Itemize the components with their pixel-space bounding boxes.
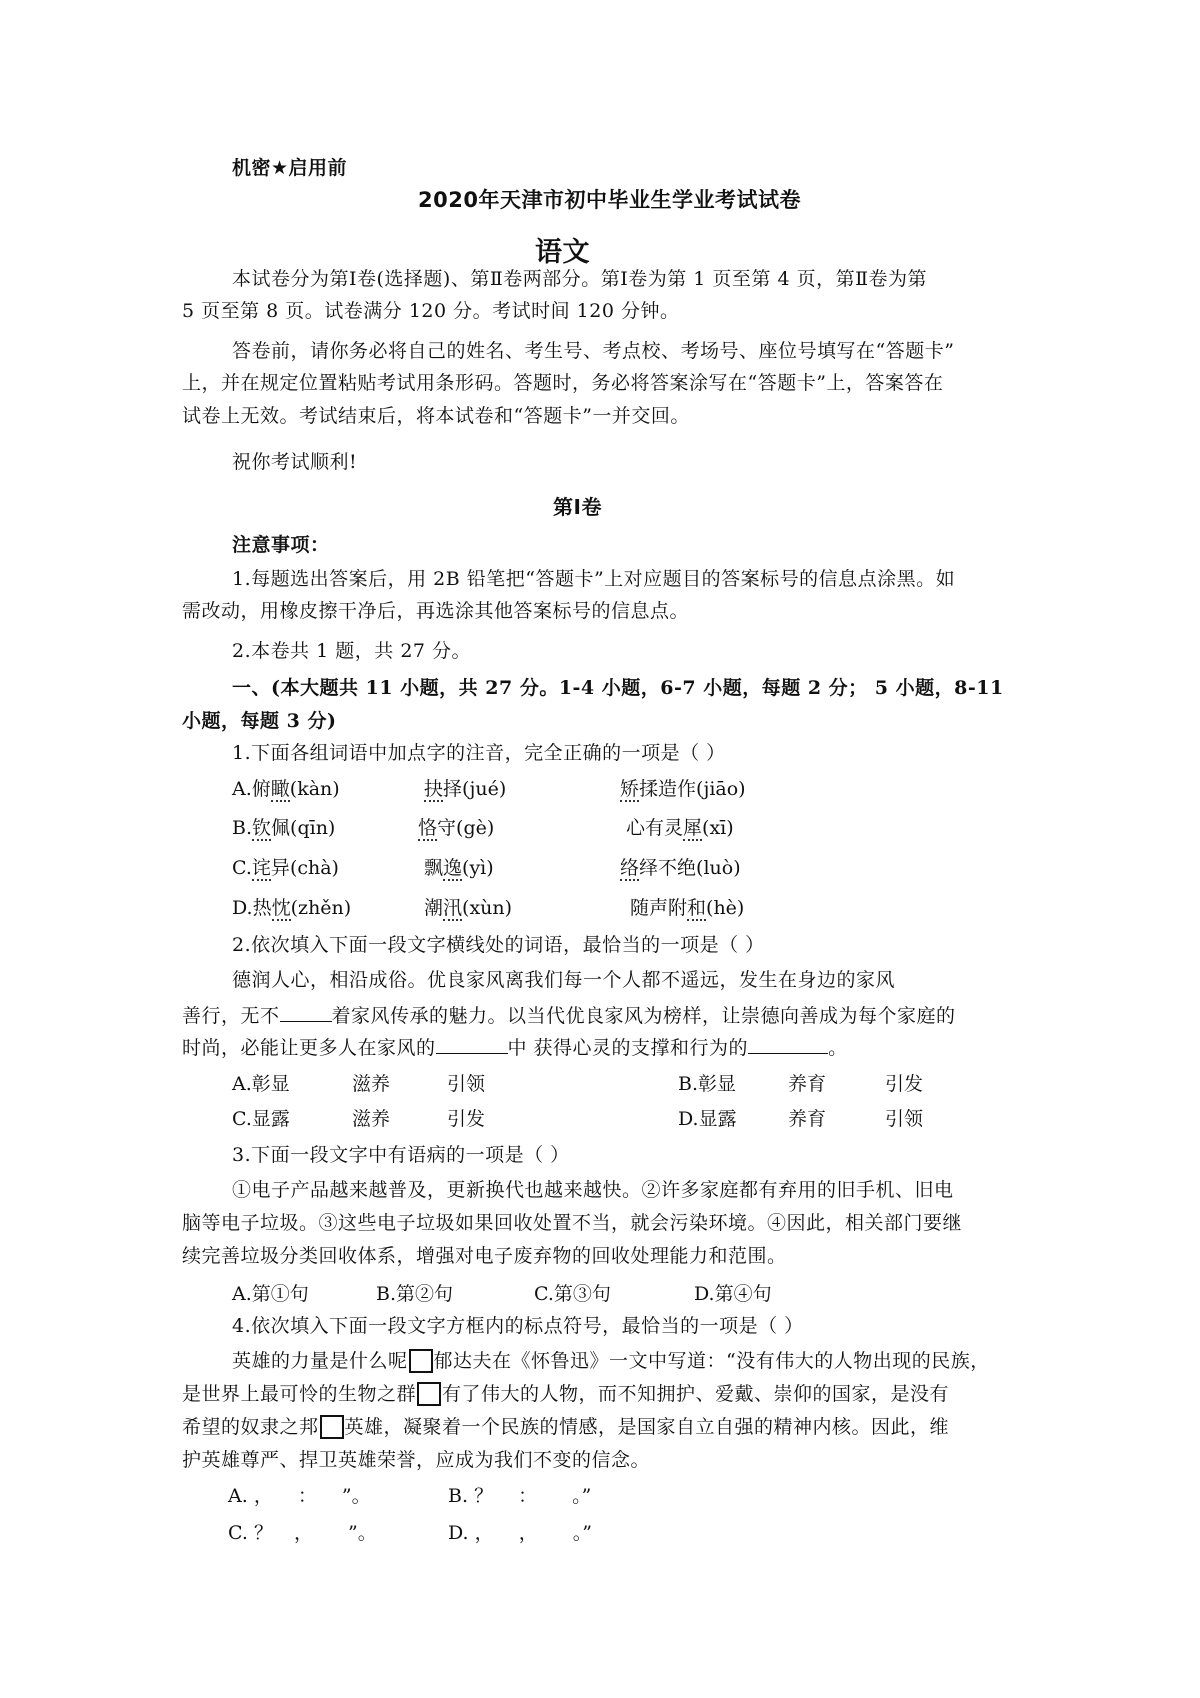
part-heading-line-1: 一、(本大题共 11 小题，共 27 分。1-4 小题，6-7 小题，每题 2 … — [232, 675, 1004, 701]
punctuation-box-2 — [417, 1382, 441, 1406]
q1-option-b-word-3: 心有灵犀(xī) — [626, 815, 734, 841]
option-label: C. — [232, 1108, 252, 1130]
intro-paragraph-2-line-1: 答卷前，请你务必将自己的姓名、考生号、考点校、考场号、座位号填写在“答题卡” — [232, 338, 954, 364]
pinyin: (gè) — [456, 817, 494, 839]
intro-paragraph-2-line-2: 上，并在规定位置粘贴考试用条形码。答题时，务必将答案涂写在“答题卡”上，答案答在 — [182, 370, 943, 396]
dotted-char: 和 — [687, 897, 706, 921]
dotted-char: 钦 — [252, 817, 271, 841]
mark-2: ： — [298, 1483, 336, 1509]
q4-passage-line-4: 护英雄尊严、捍卫英雄荣誉，应成为我们不变的信念。 — [182, 1447, 650, 1473]
text: 希望的奴隶之邦 — [182, 1416, 319, 1438]
word-part: 热 — [253, 897, 272, 919]
pinyin: (xùn) — [462, 897, 512, 919]
mark-1: ， — [475, 1520, 513, 1546]
q2-passage-line-1: 德润人心，相沿成俗。优良家风离我们每一个人都不遥远，发生在身边的家风 — [232, 967, 895, 993]
option-label: B. — [232, 817, 252, 839]
mark-1: ？ — [474, 1483, 512, 1509]
word-part: 随声附 — [630, 897, 687, 919]
word-part: 潮 — [424, 897, 443, 919]
text: 着家风传承的魅力。以当代优良家风为榜样，让崇德向善成为每个家庭的 — [332, 1005, 956, 1027]
question-4-stem: 4.依次填入下面一段文字方框内的标点符号，最恰当的一项是（ ） — [232, 1313, 804, 1339]
notice-1-line-2: 需改动，用橡皮擦干净后，再选涂其他答案标号的信息点。 — [182, 598, 689, 624]
q2-option-d-word-2: 养育 — [788, 1106, 826, 1132]
exam-page: 机密★启用前 2020年天津市初中毕业生学业考试试卷 语文 本试卷分为第Ⅰ卷(选… — [0, 0, 1200, 1698]
text: 中 获得心灵的支撑和行为的 — [508, 1037, 749, 1059]
mark-3: ”。 — [342, 1485, 371, 1507]
mark-2: ， — [294, 1520, 342, 1546]
dotted-char: 瞰 — [271, 778, 290, 802]
q2-option-d: D.显露 — [678, 1106, 737, 1132]
dotted-char: 诧 — [252, 857, 271, 881]
section-title: 第Ⅰ卷 — [553, 494, 602, 520]
exam-title: 2020年天津市初中毕业生学业考试试卷 — [418, 187, 801, 213]
option-label: C. — [228, 1522, 248, 1544]
q1-option-a-word-2: 抉择(jué) — [424, 776, 506, 802]
punctuation-box-1 — [409, 1349, 433, 1373]
fill-blank-3 — [748, 1035, 828, 1054]
text: 郁达夫在《怀鲁迅》一文中写道：“没有伟大的人物出现的民族， — [434, 1350, 990, 1372]
q3-passage-line-3: 续完善垃圾分类回收体系，增强对电子废弃物的回收处理能力和范围。 — [182, 1243, 787, 1269]
dotted-char: 抉 — [424, 778, 443, 802]
q1-option-d: D.热忱(zhěn) — [232, 895, 351, 921]
q2-option-c: C.显露 — [232, 1106, 290, 1132]
mark-3: 。” — [572, 1485, 591, 1507]
mark-2: ， — [519, 1520, 567, 1546]
mark-1: ？ — [254, 1520, 288, 1546]
option-label: D. — [448, 1522, 469, 1544]
q1-option-d-word-2: 潮汛(xùn) — [424, 895, 512, 921]
q1-option-d-word-3: 随声附和(hè) — [630, 895, 744, 921]
q1-option-c-word-2: 飘逸(yì) — [424, 855, 494, 881]
text: 时尚，必能让更多人在家风的 — [182, 1037, 436, 1059]
dotted-char: 矫 — [620, 778, 639, 802]
q1-option-a: A.俯瞰(kàn) — [232, 776, 340, 802]
pinyin: (chà) — [290, 857, 339, 879]
word-part: 飘 — [424, 857, 443, 879]
notice-2: 2.本卷共 1 题，共 27 分。 — [232, 638, 471, 664]
dotted-char: 汛 — [443, 897, 462, 921]
text: 是世界上最可怜的生物之群 — [182, 1383, 416, 1405]
word-part: 佩 — [271, 817, 290, 839]
dotted-char: 络 — [620, 857, 639, 881]
option-label: B. — [448, 1485, 468, 1507]
notice-title: 注意事项： — [232, 532, 330, 558]
q3-option-b: B.第②句 — [376, 1281, 453, 1307]
option-label: C. — [232, 857, 252, 879]
q4-option-c: C. ？ ， ”。 — [228, 1520, 377, 1546]
intro-paragraph-2-line-3: 试卷上无效。考试结束后，将本试卷和“答题卡”一并交回。 — [182, 403, 690, 429]
word: 显露 — [252, 1108, 290, 1130]
q1-option-c-word-3: 络绎不绝(luò) — [620, 855, 741, 881]
q1-option-b-word-2: 恪守(gè) — [418, 815, 494, 841]
q2-option-b-word-3: 引发 — [885, 1071, 923, 1097]
word-part: 绎不绝 — [639, 857, 696, 879]
option-label: D. — [678, 1108, 699, 1130]
option-label: B. — [678, 1073, 698, 1095]
q4-option-b: B. ？ ： 。” — [448, 1483, 591, 1509]
word-part: 守 — [437, 817, 456, 839]
pinyin: (hè) — [706, 897, 744, 919]
mark-1: ， — [254, 1483, 292, 1509]
pinyin: (qīn) — [290, 817, 335, 839]
q2-option-d-word-3: 引领 — [885, 1106, 923, 1132]
q2-passage-line-2: 善行，无不着家风传承的魅力。以当代优良家风为榜样，让崇德向善成为每个家庭的 — [182, 1003, 956, 1029]
pinyin: (jiāo) — [696, 778, 746, 800]
q3-option-d: D.第④句 — [694, 1281, 772, 1307]
q2-option-a-word-3: 引领 — [447, 1071, 485, 1097]
word: 显露 — [699, 1108, 737, 1130]
pinyin: (xī) — [702, 817, 734, 839]
pinyin: (zhěn) — [291, 897, 352, 919]
q2-option-a: A.彰显 — [232, 1071, 290, 1097]
mark-3: 。” — [573, 1522, 592, 1544]
q3-passage-line-2: 脑等电子垃圾。③这些电子垃圾如果回收处置不当，就会污染环境。④因此，相关部门要继 — [182, 1210, 962, 1236]
word: 彰显 — [698, 1073, 736, 1095]
question-2-stem: 2.依次填入下面一段文字横线处的词语，最恰当的一项是（ ） — [232, 932, 765, 958]
subject-title: 语文 — [535, 236, 590, 270]
question-3-stem: 3.下面一段文字中有语病的一项是（ ） — [232, 1142, 570, 1168]
punctuation-box-3 — [320, 1415, 344, 1439]
q4-passage-line-1: 英雄的力量是什么呢郁达夫在《怀鲁迅》一文中写道：“没有伟大的人物出现的民族， — [232, 1348, 990, 1374]
word-part: 心有灵 — [626, 817, 683, 839]
q4-option-a: A. ， ： ”。 — [228, 1483, 371, 1509]
q2-option-c-word-3: 引发 — [447, 1106, 485, 1132]
intro-paragraph-1-line-1: 本试卷分为第Ⅰ卷(选择题)、第Ⅱ卷两部分。第Ⅰ卷为第 1 页至第 4 页，第Ⅱ卷… — [232, 266, 927, 292]
q3-option-c: C.第③句 — [534, 1281, 611, 1307]
pinyin: (jué) — [462, 778, 506, 800]
q2-option-c-word-2: 滋养 — [352, 1106, 390, 1132]
word-part: 异 — [271, 857, 290, 879]
dotted-char: 恪 — [418, 817, 437, 841]
word: 彰显 — [252, 1073, 290, 1095]
option-label: A. — [228, 1485, 248, 1507]
q4-passage-line-3: 希望的奴隶之邦英雄，凝聚着一个民族的情感，是国家自立自强的精神内核。因此，维 — [182, 1414, 949, 1440]
q2-option-b: B.彰显 — [678, 1071, 736, 1097]
text: 有了伟大的人物，而不知拥护、爱戴、崇仰的国家，是没有 — [442, 1383, 949, 1405]
q2-passage-line-3: 时尚，必能让更多人在家风的中 获得心灵的支撑和行为的。 — [182, 1035, 848, 1061]
q1-option-a-word-3: 矫揉造作(jiāo) — [620, 776, 746, 802]
part-heading-line-2: 小题，每题 3 分) — [182, 708, 336, 734]
fill-blank-2 — [436, 1035, 508, 1054]
q4-passage-line-2: 是世界上最可怜的生物之群有了伟大的人物，而不知拥护、爱戴、崇仰的国家，是没有 — [182, 1381, 949, 1407]
option-label: A. — [232, 778, 252, 800]
good-luck-text: 祝你考试顺利! — [232, 449, 357, 475]
dotted-char: 逸 — [443, 857, 462, 881]
pinyin: (luò) — [696, 857, 741, 879]
dotted-char: 犀 — [683, 817, 702, 841]
pinyin: (kàn) — [290, 778, 340, 800]
text: 英雄的力量是什么呢 — [232, 1350, 408, 1372]
q4-option-d: D. ， ， 。” — [448, 1520, 592, 1546]
text: 善行，无不 — [182, 1005, 280, 1027]
question-1-stem: 1.下面各组词语中加点字的注音，完全正确的一项是（ ） — [232, 740, 726, 766]
q1-option-b: B.钦佩(qīn) — [232, 815, 335, 841]
word-part: 俯 — [252, 778, 271, 800]
text: 。 — [828, 1037, 848, 1059]
text: 英雄，凝聚着一个民族的情感，是国家自立自强的精神内核。因此，维 — [345, 1416, 950, 1438]
q3-option-a: A.第①句 — [232, 1281, 309, 1307]
word-part: 择 — [443, 778, 462, 800]
notice-1-line-1: 1.每题选出答案后，用 2B 铅笔把“答题卡”上对应题目的答案标号的信息点涂黑。… — [232, 566, 955, 592]
dotted-char: 忱 — [272, 897, 291, 921]
option-label: A. — [232, 1073, 252, 1095]
fill-blank-1 — [280, 1003, 332, 1022]
mark-3: ”。 — [348, 1522, 377, 1544]
q2-option-a-word-2: 滋养 — [352, 1071, 390, 1097]
option-label: D. — [232, 897, 253, 919]
word-part: 揉造作 — [639, 778, 696, 800]
q3-passage-line-1: ①电子产品越来越普及，更新换代也越来越快。②许多家庭都有弃用的旧手机、旧电 — [232, 1177, 954, 1203]
q2-option-b-word-2: 养育 — [788, 1071, 826, 1097]
confidential-label: 机密★启用前 — [232, 155, 347, 181]
intro-paragraph-1-line-2: 5 页至第 8 页。试卷满分 120 分。考试时间 120 分钟。 — [182, 298, 680, 324]
mark-2: ： — [518, 1483, 566, 1509]
pinyin: (yì) — [462, 857, 494, 879]
q1-option-c: C.诧异(chà) — [232, 855, 339, 881]
